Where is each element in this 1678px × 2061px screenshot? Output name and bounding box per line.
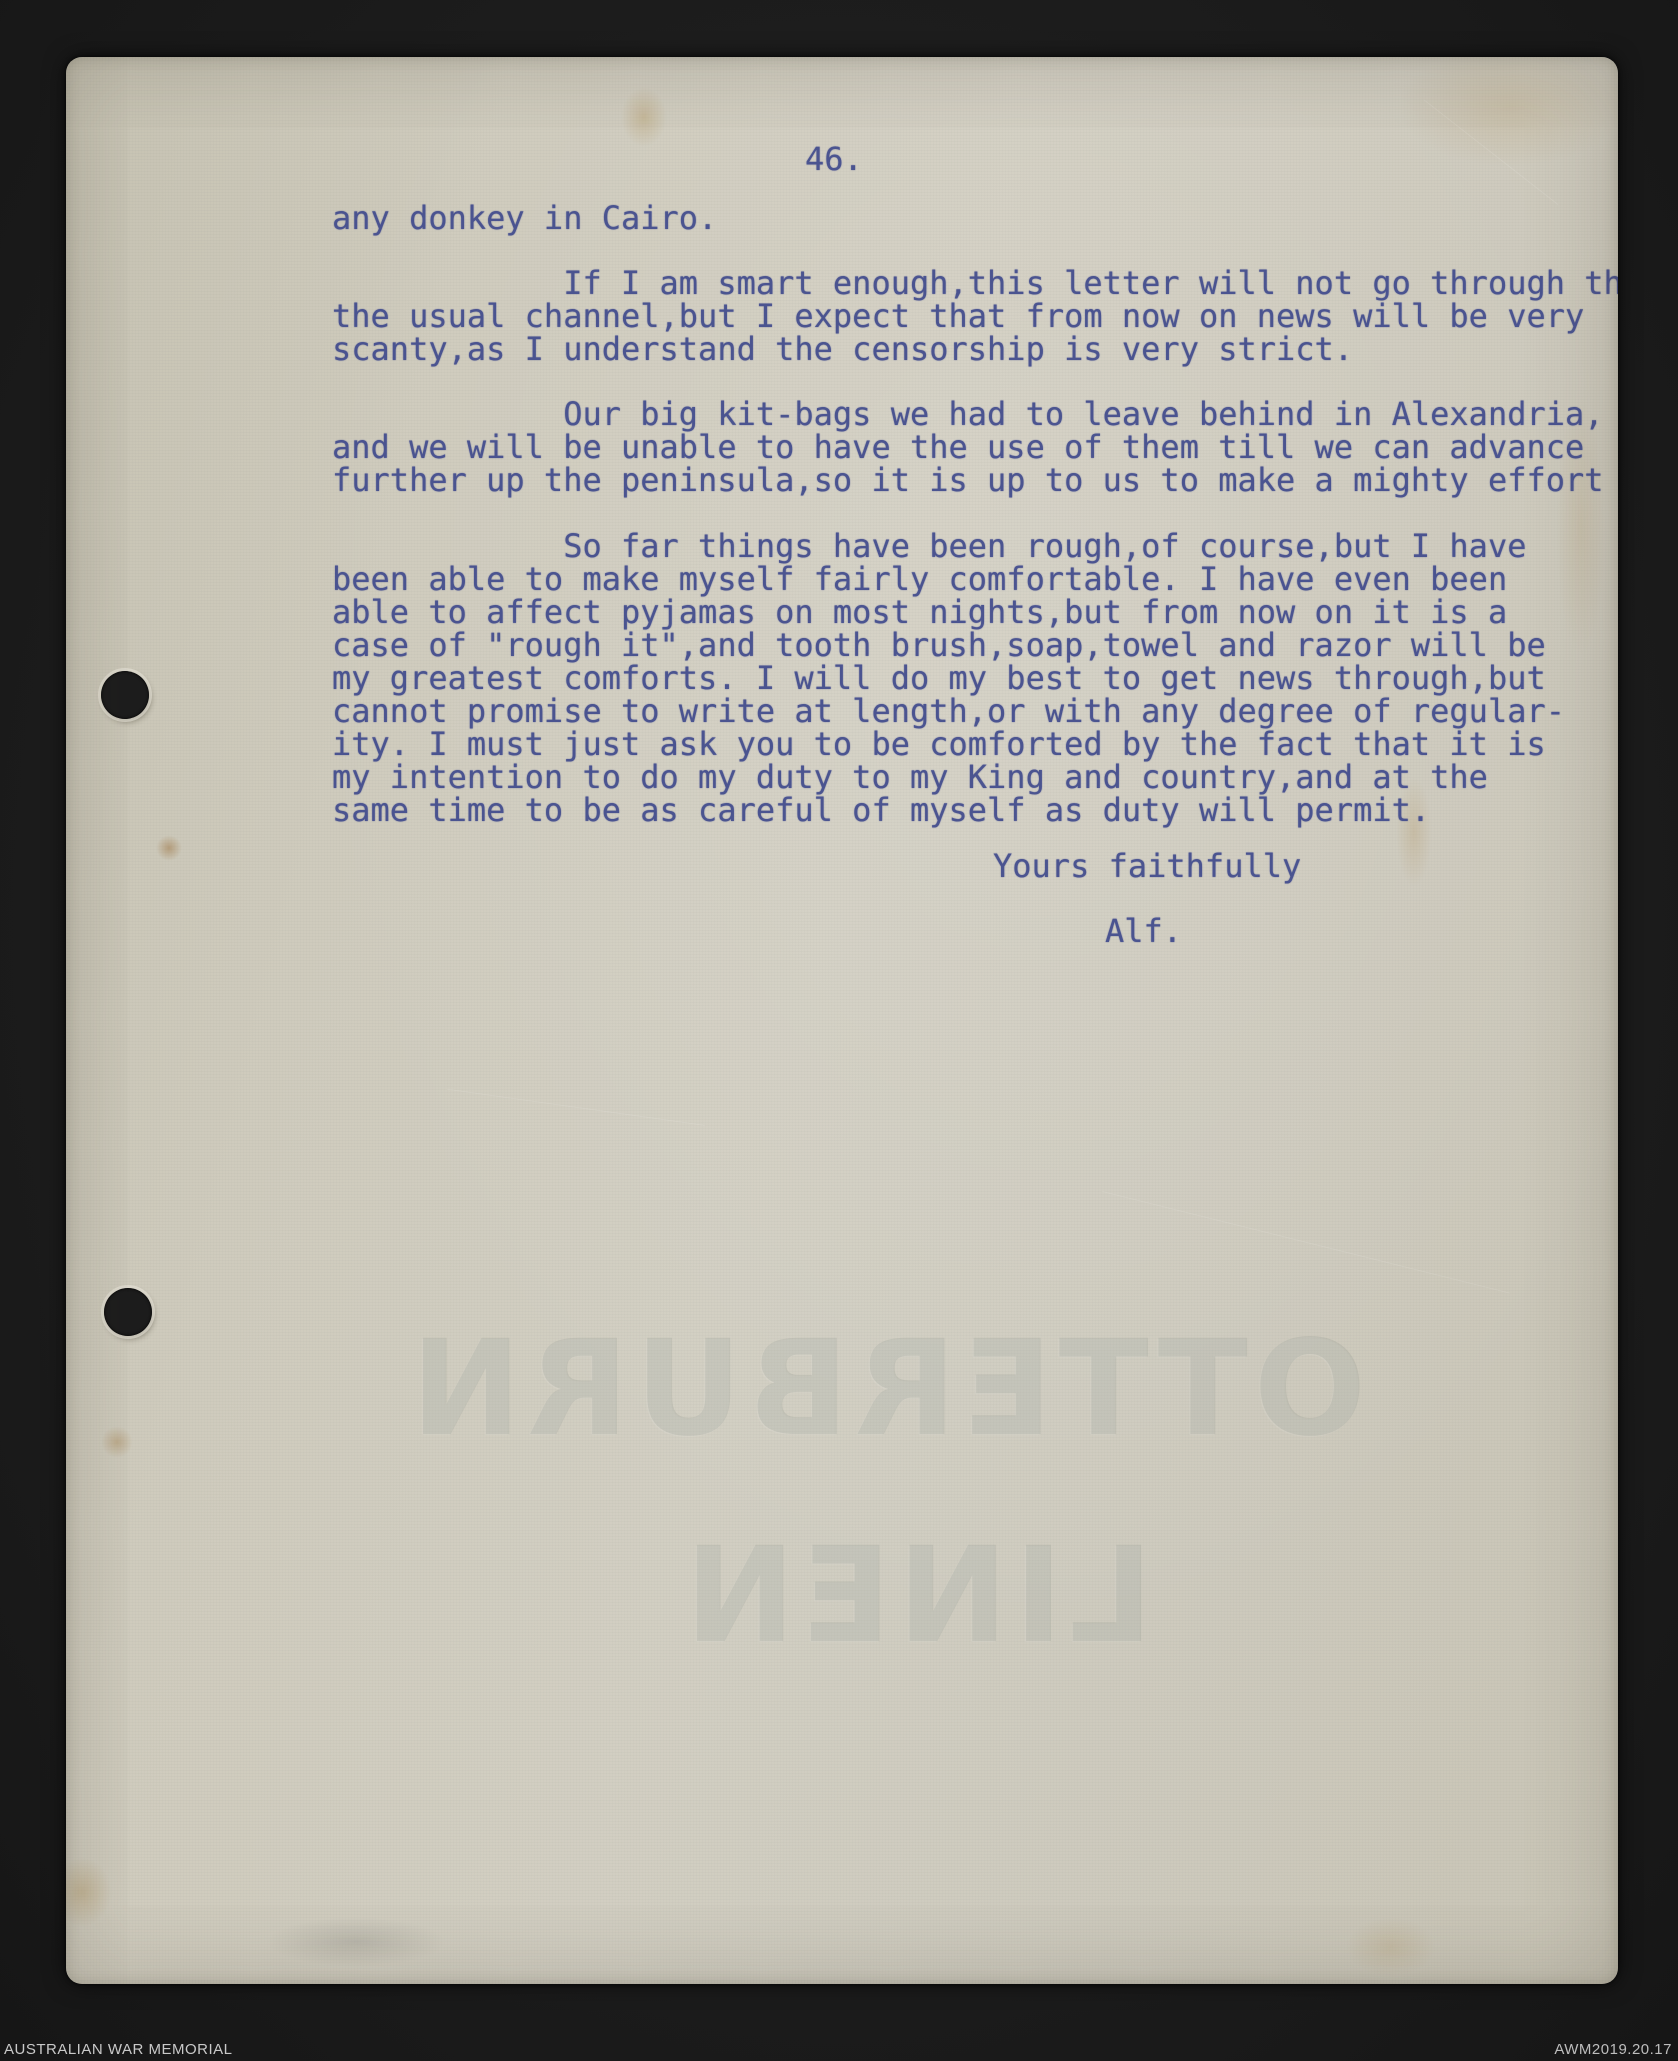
letter-page: OTTERBURN LINEN 46. any donkey in Cairo.… [66,57,1618,1984]
letter-paragraph: Our big kit-bags we had to leave behind … [332,398,1604,497]
stain [102,1425,132,1459]
paper-crease [1424,100,1559,205]
stain [621,87,667,147]
archive-credit: AUSTRALIAN WAR MEMORIAL [4,2041,232,2058]
letter-signature: Alf. [1105,915,1182,948]
paper-crease [447,1089,705,1126]
paper-crease [1102,1191,1510,1294]
watermark-otterburn: OTTERBURN [466,1312,1366,1466]
stain [266,1917,446,1967]
scan-mat-background: OTTERBURN LINEN 46. any donkey in Cairo.… [0,0,1678,2061]
letter-closing: Yours faithfully [993,850,1301,883]
catalog-number: AWM2019.20.17 [1554,2041,1672,2058]
letter-paragraph: If I am smart enough,this letter will no… [332,267,1618,366]
stain [1396,57,1618,167]
stain [66,1857,112,1927]
watermark-linen: LINEN [586,1519,1246,1673]
punch-hole-top [101,671,149,719]
stain [1346,1917,1436,1977]
punch-hole-bottom [104,1288,152,1336]
stain [156,835,182,861]
page-number: 46. [805,143,863,176]
letter-paragraph: So far things have been rough,of course,… [332,530,1565,827]
letter-paragraph: any donkey in Cairo. [332,202,717,235]
